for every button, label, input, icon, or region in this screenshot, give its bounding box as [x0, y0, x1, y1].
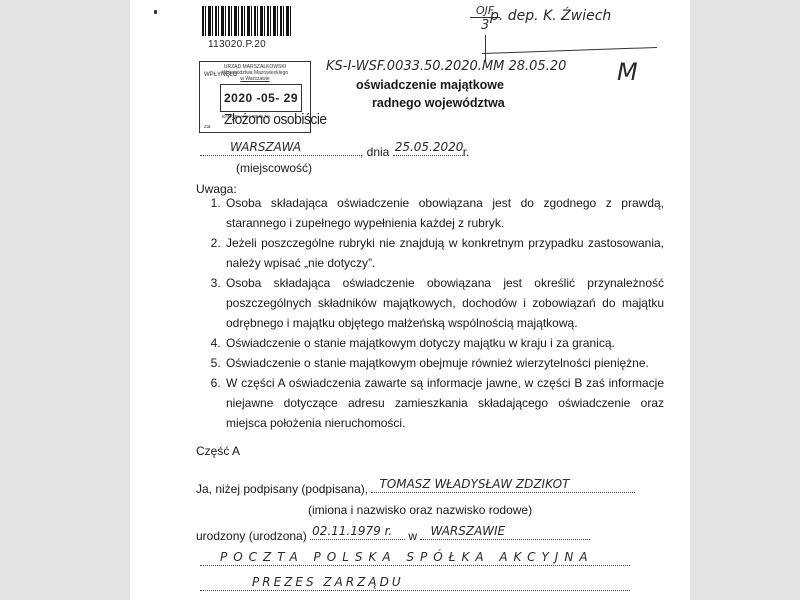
note-item: W części A oświadczenia zawarte są infor…	[224, 373, 664, 433]
barcode	[202, 6, 292, 36]
barcode-number: 113020.P.20	[208, 39, 266, 50]
place-field: WARSZAWA	[200, 143, 360, 156]
signature-line	[482, 47, 657, 54]
stamp-side-label: WPŁYNĘŁO	[204, 72, 210, 79]
signer-name-field: TOMASZ WŁADYSŁAW ZDZIKOT	[371, 480, 635, 493]
signature-mark	[485, 35, 486, 61]
employer-row: POCZTA POLSKA SPÓŁKA AKCYJNA	[200, 553, 630, 569]
date-field: 25.05.2020	[393, 143, 463, 156]
reference-number: KS-I-WSF.0033.50.2020.MM 28.05.20	[326, 59, 566, 74]
note-item: Jeżeli poszczególne rubryki nie znajdują…	[224, 233, 664, 273]
stamp-date: 2020 -05- 29	[220, 84, 302, 112]
note-item: Oświadczenie o stanie majątkowym dotyczy…	[224, 333, 664, 353]
delivered-in-person-stamp: Złożono osobiście	[224, 111, 327, 128]
document-subtitle: radnego województwa	[372, 96, 505, 110]
birth-place-field: WARSZAWIE	[420, 527, 590, 540]
signer-row: Ja, niżej podpisany (podpisana), TOMASZ …	[196, 480, 635, 496]
place-date-row: WARSZAWA , dnia 25.05.2020 r.	[200, 143, 469, 159]
position-row: PREZES ZARZĄDU	[200, 578, 630, 594]
birth-row: urodzony (urodzona) 02.11.1979 r. w WARS…	[196, 527, 590, 543]
note-item: Oświadczenie o stanie majątkowym obejmuj…	[224, 353, 664, 373]
document-page: 113020.P.20 OJF 3 p. dep. K. Źwiech URZĄ…	[130, 0, 690, 600]
note-item: Osoba składająca oświadczenie obowiązana…	[224, 273, 664, 333]
document-title: oświadczenie majątkowe	[356, 78, 504, 92]
birth-date-field: 02.11.1979 r.	[310, 527, 405, 540]
scan-speck	[154, 10, 157, 14]
employer-field: POCZTA POLSKA SPÓŁKA AKCYJNA	[200, 553, 630, 566]
notes-list: Osoba składająca oświadczenie obowiązana…	[200, 193, 664, 433]
position-field: PREZES ZARZĄDU	[200, 578, 630, 591]
name-caption: (imiona i nazwisko oraz nazwisko rodowe)	[308, 503, 532, 517]
part-a-heading: Część A	[196, 444, 240, 458]
place-caption: (miejscowość)	[236, 161, 312, 175]
top-signature: p. dep. K. Źwiech	[490, 8, 611, 24]
initials-signature: M	[617, 58, 638, 86]
note-item: Osoba składająca oświadczenie obowiązana…	[224, 193, 664, 233]
